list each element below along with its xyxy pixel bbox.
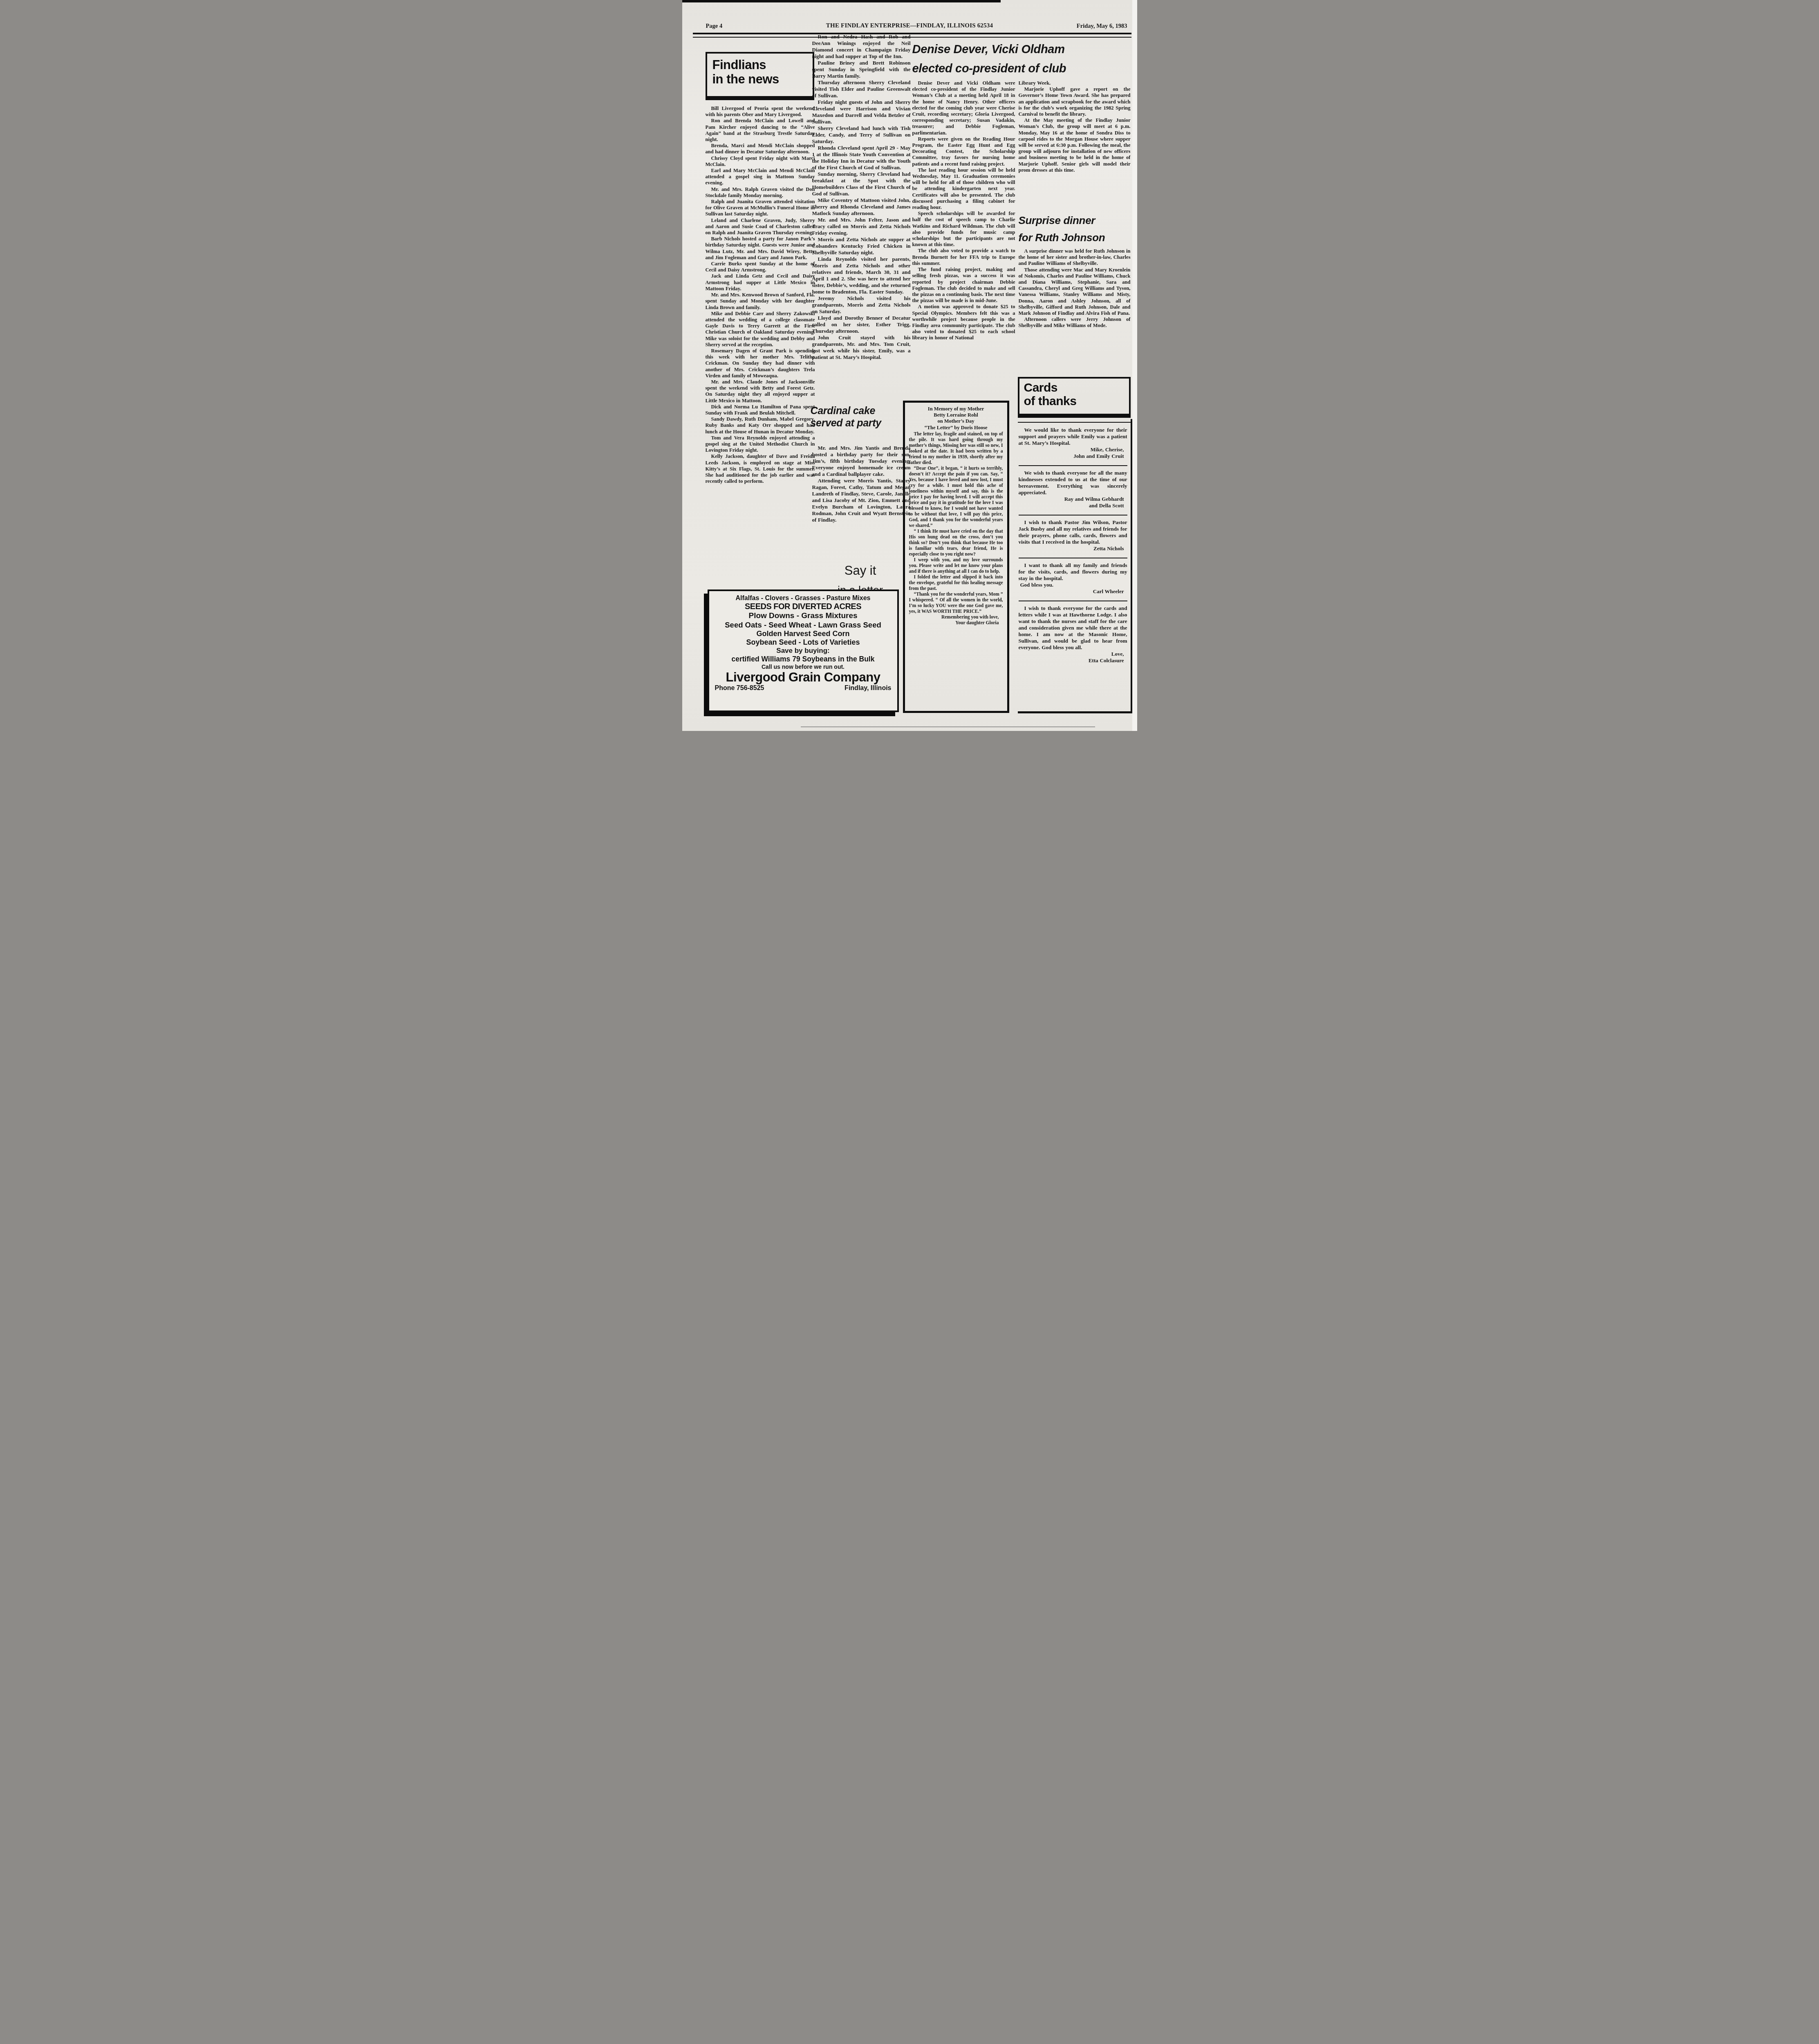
ad-location: Findlay, Illinois [845,685,891,692]
ad-company-name: Livergood Grain Company [709,670,897,685]
paragraph: Reports were given on the Reading Hour P… [912,136,1015,167]
paragraph: Afternoon callers were Jerry Johnson of … [1019,316,1131,329]
card-signature: Zetta Nichols [1019,545,1127,552]
cardinal-cake-headline: Cardinal cake served at party [811,405,914,429]
ad-products-line4: Golden Harvest Seed Corn [709,630,897,638]
card-body: We would like to thank everyone for thei… [1019,427,1127,446]
paragraph: The fund raising project, making and sel… [912,267,1015,304]
ad-products-line5: Soybean Seed - Lots of Varieties [709,638,897,647]
ad-certified-line: certified Williams 79 Soybeans in the Bu… [709,655,897,663]
findlians-title-box: Findlians in the news [706,52,814,100]
newspaper-page: Page 4 THE FINDLAY ENTERPRISE—FINDLAY, I… [682,0,1137,731]
cards-of-thanks-title-box: Cards of thanks [1018,377,1131,418]
card-signature: Carl Wheeler [1019,588,1127,595]
ad-products-line2: Plow Downs - Grass Mixtures [709,612,897,621]
cards-column-rule [1131,419,1133,713]
memorial-box: In Memory of my Mother Betty Lorraine Ro… [903,401,1009,713]
ad-products-line1: Alfalfas - Clovers - Grasses - Pasture M… [709,595,897,602]
paragraph: I weep with you, and my love surrounds y… [909,557,1003,574]
card-body: I wish to thank everyone for the cards a… [1019,605,1127,651]
paragraph: Sunday morning, Sherry Cleveland had bre… [812,171,911,197]
paragraph: Kelly Jackson, daughter of Dave and Frei… [706,453,815,484]
paragraph: Sandy Dawdy, Ruth Dunham, Mabel Gregory,… [706,416,815,435]
paragraph: Mr. and Mrs. Jim Yantis and Brenda hoste… [812,445,911,477]
cards-title-underline [1018,422,1131,423]
card-body: I wish to thank Pastor Jim Wilson, Pasto… [1019,519,1127,545]
scan-artifact-top [682,0,1001,2]
paragraph: Chrissy Cloyd spent Friday night with Ma… [706,155,815,168]
surprise-headline-line1: Surprise dinner [1019,214,1095,226]
paragraph: Mike Coventry of Mattoon visited John, S… [812,197,911,217]
memorial-body: The letter lay, fragile and stained, on … [909,431,1003,614]
scan-artifact-bottom [801,726,1095,727]
paragraph: Attending were Morris Yantis, Stacey Rag… [812,477,911,523]
paragraph: Rhonda Cleveland spent April 29 - May 1 … [812,145,911,171]
thank-you-card: We would like to thank everyone for thei… [1019,426,1127,462]
paragraph: Bill Livergood of Peoria spent the weeke… [706,105,815,118]
paragraph: Mr. and Mrs. Kenwood Brown of Sanford, F… [706,292,815,311]
ad-call-line: Call us now before we run out. [709,663,897,670]
paragraph: Mr. and Mrs. Claude Jones of Jacksonvill… [706,379,815,404]
findlians-column-1: Bill Livergood of Peoria spent the weeke… [706,105,815,587]
cards-title-line2: of thanks [1024,394,1077,408]
card-body: We wish to thank everyone for all the ma… [1019,470,1127,496]
paragraph: Speech scholarships will be awarded for … [912,211,1015,248]
paragraph: Pauline Briney and Brett Robinson spent … [812,60,911,79]
paragraph: Ron and Nedra Hash and Rob and DeeAnn Wi… [812,34,911,60]
ad-save-line: Save by buying: [709,647,897,655]
memorial-heading-line2: Betty Lorraine Rohl [909,412,1003,418]
paragraph: Denise Dever and Vicki Oldham were elect… [912,80,1015,136]
paragraph: Thursday afternoon Sherry Cleveland visi… [812,79,911,99]
paragraph: “ I think He must have cried on the day … [909,529,1003,557]
memorial-closing-line1: Remembering you with love, [909,614,1003,620]
paragraph: The letter lay, fragile and stained, on … [909,431,1003,466]
paragraph: Earl and Mary McClain and Mendi McClain … [706,168,815,186]
findlians-column-2: Ron and Nedra Hash and Rob and DeeAnn Wi… [812,34,911,404]
card-closing: God bless you. [1019,582,1127,588]
card-signature: Love, [1019,651,1127,657]
paragraph: A surprise dinner was held for Ruth John… [1019,248,1131,267]
card-signature: John and Emily Cruit [1019,453,1127,459]
paragraph: Lloyd and Dorothy Benner of Decatur call… [812,315,911,334]
paragraph: John Cruit stayed with his grandparents,… [812,334,911,361]
paragraph: Linda Reynolds visited her parents, Morr… [812,256,911,295]
surprise-headline-line2: for Ruth Johnson [1019,231,1105,244]
paragraph: Ralph and Juanita Graven attended visita… [706,199,815,217]
paragraph: A motion was approved to donate $25 to S… [912,304,1015,341]
paragraph: Morris and Zetta Nichols ate supper at C… [812,236,911,256]
paragraph: Barb Nichols hosted a party for Janon Pa… [706,236,815,261]
cards-title-line1: Cards [1024,381,1058,394]
paragraph: The last reading hour session will be he… [912,167,1015,211]
cardinal-cake-headline-line2: served at party [811,417,881,429]
memorial-closing-line2: Your daughter Gloria [909,620,1003,626]
findlians-title-line1: Findlians [712,58,766,72]
ad-phone: Phone 756-8525 [715,685,764,692]
paragraph: Mr. and Mrs. John Felter, Jason and Trac… [812,217,911,236]
club-article-headline: Denise Dever, Vicki Oldham elected co-pr… [912,40,1131,78]
paragraph: Tom and Vera Reynolds enjoyed attending … [706,435,815,454]
cardinal-cake-body: Mr. and Mrs. Jim Yantis and Brenda hoste… [812,445,911,547]
paragraph: Carrie Burks spent Sunday at the home of… [706,261,815,273]
cards-of-thanks-column: We would like to thank everyone for thei… [1019,426,1127,712]
cards-of-thanks-title: Cards of thanks [1024,381,1129,408]
paragraph: Rosemary Dagen of Grant Park is spending… [706,348,815,379]
livergood-grain-ad: Alfalfas - Clovers - Grasses - Pasture M… [708,589,899,712]
paragraph: At the May meeting of the Findlay Junior… [1019,117,1131,173]
cardinal-cake-headline-line1: Cardinal cake [811,405,876,417]
findlians-title-line2: in the news [712,72,779,86]
paragraph: Leland and Charlene Graven, Judy, Sherry… [706,217,815,236]
paragraph: Library Week. [1019,80,1131,86]
paragraph: The club also voted to provide a watch t… [912,248,1015,267]
thank-you-card: I want to thank all my family and friend… [1019,558,1127,597]
say-it-line1: Say it [804,563,917,578]
findlians-title: Findlians in the news [712,58,813,86]
ad-contact-row: Phone 756-8525 Findlay, Illinois [709,685,897,692]
paragraph: “Dear One”, it began, “ it hurts so terr… [909,466,1003,529]
paragraph: Ron and Brenda McClain and Lowell and Pa… [706,118,815,143]
paragraph: Dick and Norma Lu Hamilton of Pana spent… [706,404,815,416]
memorial-heading-line3: on Mother’s Day [909,418,1003,424]
memorial-byline: “The Letter” by Doris Hoose [909,424,1003,431]
ad-headline-diverted-acres: SEEDS FOR DIVERTED ACRES [709,602,897,612]
paragraph: Those attending were Mac and Mary Kroenl… [1019,267,1131,317]
paragraph: Mike and Debbie Carr and Sherry Zakowski… [706,311,815,348]
paragraph: “Thank you for the wonderful years, Mom … [909,592,1003,614]
surprise-dinner-headline: Surprise dinner for Ruth Johnson [1019,212,1131,246]
memorial-heading-line1: In Memory of my Mother [909,406,1003,412]
surprise-dinner-body: A surprise dinner was held for Ruth John… [1019,248,1131,375]
paragraph: Sherry Cleveland had lunch with Tish Eld… [812,125,911,145]
thank-you-card: I wish to thank everyone for the cards a… [1019,601,1127,666]
paragraph: Marjorie Uphoff gave a report on the Gov… [1019,86,1131,117]
card-signature: Ray and Wilma Gebhardt [1019,496,1127,502]
thank-you-card: I wish to thank Pastor Jim Wilson, Pasto… [1019,515,1127,554]
ad-products-line3: Seed Oats - Seed Wheat - Lawn Grass Seed [709,621,897,630]
thank-you-card: We wish to thank everyone for all the ma… [1019,465,1127,511]
paragraph: Jeremy Nichols visited his grandparents,… [812,295,911,315]
paragraph: Friday night guests of John and Sherry C… [812,99,911,125]
card-signature: Etta Colclasure [1019,657,1127,664]
masthead: THE FINDLAY ENTERPRISE—FINDLAY, ILLINOIS… [682,22,1137,29]
header-rule [693,33,1131,38]
club-article-column-1: Denise Dever and Vicki Oldham were elect… [912,80,1015,399]
club-article-column-2: Library Week.Marjorie Uphoff gave a repo… [1019,80,1131,209]
card-signature: and Della Scott [1019,502,1127,509]
card-body: I want to thank all my family and friend… [1019,562,1127,582]
club-headline-line2: elected co-president of club [912,62,1066,75]
paragraph: Jack and Linda Getz and Cecil and Daisy … [706,273,815,292]
paragraph: Brenda, Marci and Mendi McClain shopped … [706,143,815,155]
card-signature: Mike, Cherise, [1019,446,1127,453]
paragraph: Mr. and Mrs. Ralph Graven visited the Do… [706,186,815,199]
issue-date: Friday, May 6, 1983 [1077,23,1127,30]
paragraph: I folded the letter and slipped it back … [909,574,1003,592]
club-headline-line1: Denise Dever, Vicki Oldham [912,43,1065,56]
